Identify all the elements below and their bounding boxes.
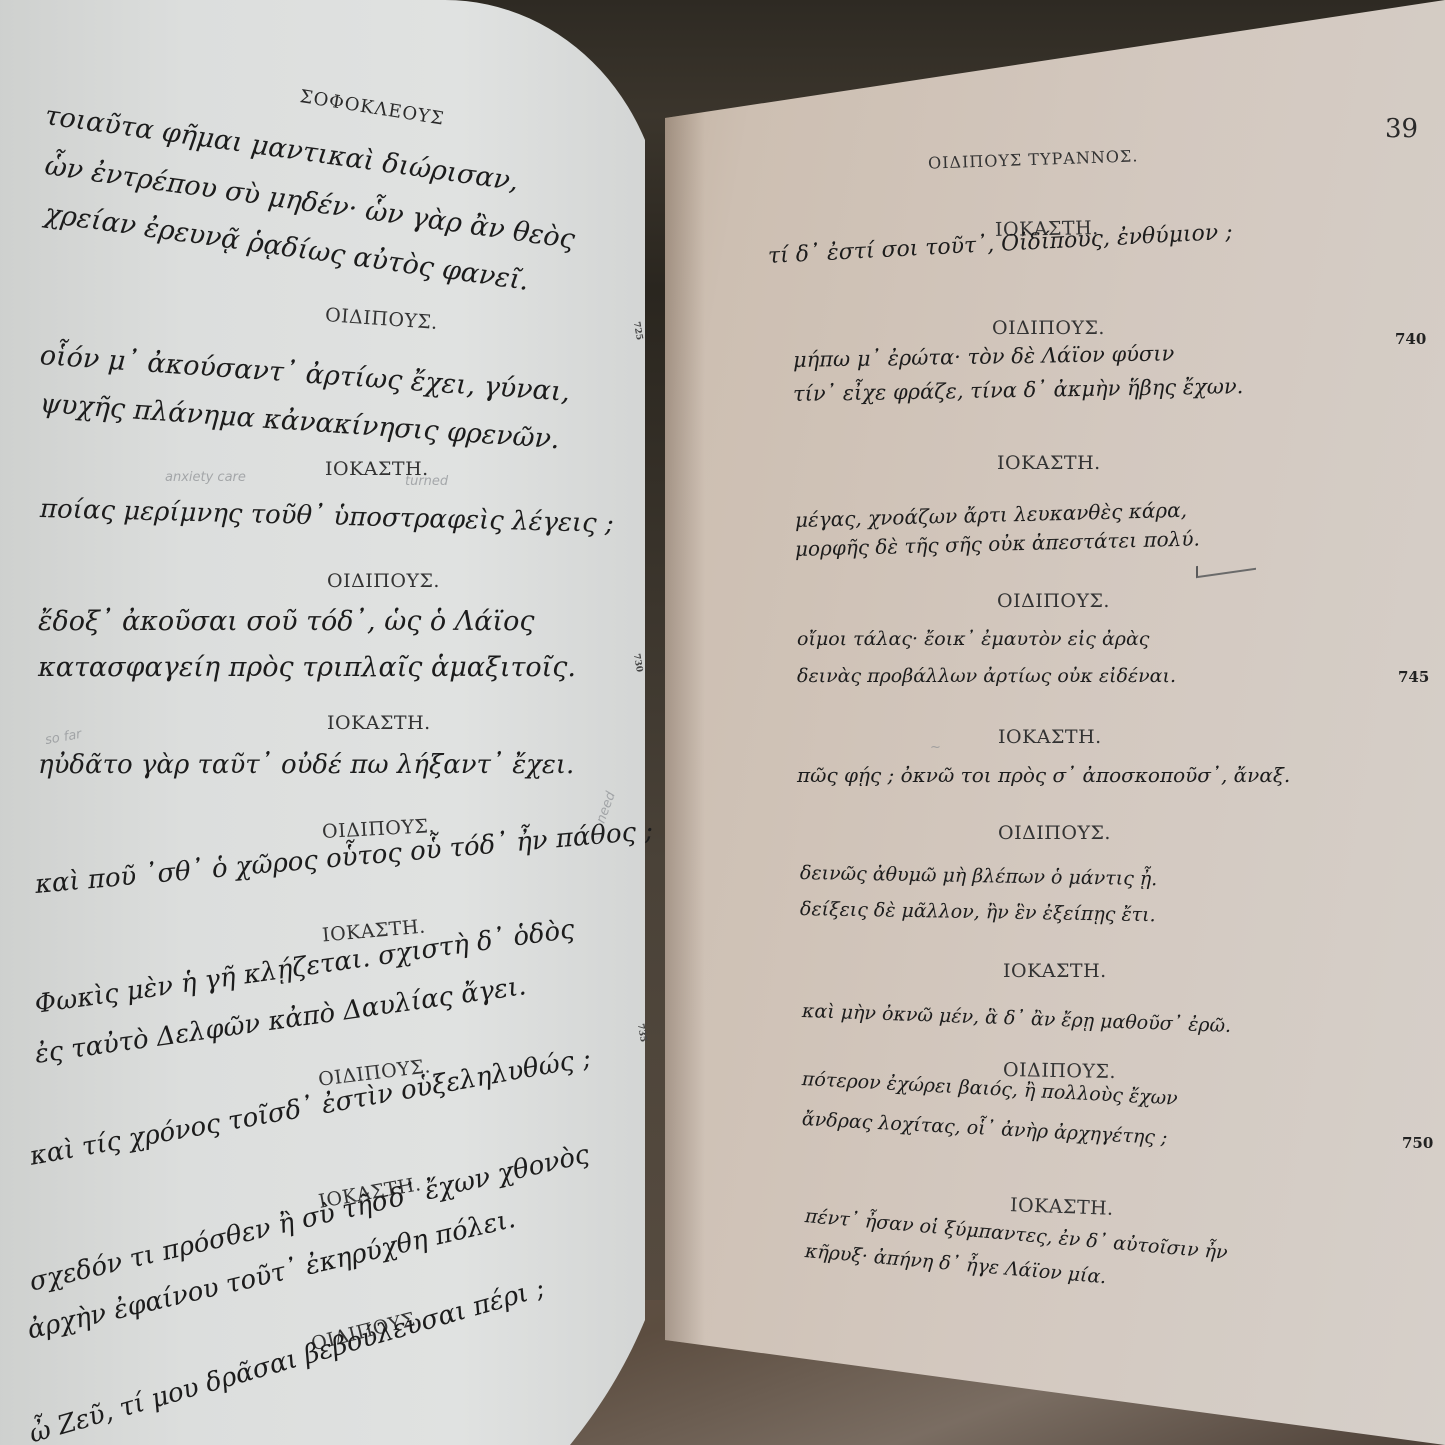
verse-line: ἔδοξ᾽ ἀκοῦσαι σοῦ τόδ᾽, ὡς ὁ Λάϊος bbox=[38, 606, 534, 637]
verse-line: δεινὰς προβάλλων ἀρτίως οὐκ εἰδέναι. bbox=[797, 665, 1176, 687]
speaker-label: ΟΙΔΙΠΟΥΣ. bbox=[992, 317, 1105, 339]
page-number: 39 bbox=[1385, 114, 1418, 144]
verse-line: πῶς φῄς ; ὀκνῶ τοι πρὸς σ᾽ ἀποσκοποῦσ᾽, … bbox=[797, 763, 1290, 787]
verse-line: ηὐδᾶτο γὰρ ταῦτ᾽ οὐδέ πω λήξαντ᾽ ἔχει. bbox=[38, 750, 574, 780]
speaker-label: ΟΙΔΙΠΟΥΣ. bbox=[997, 590, 1110, 612]
speaker-label: ΟΙΔΙΠΟΥΣ. bbox=[998, 822, 1111, 844]
speaker-label: ΟΙΔΙΠΟΥΣ. bbox=[327, 570, 440, 592]
speaker-label: ΙΟΚΑΣΤΗ. bbox=[327, 712, 431, 734]
verse-line: κατασφαγείη πρὸς τριπλαῖς ἁμαξιτοῖς. bbox=[38, 652, 576, 683]
speaker-label: ΙΟΚΑΣΤΗ. bbox=[1003, 960, 1107, 982]
speaker-label: ΙΟΚΑΣΤΗ. bbox=[998, 726, 1102, 748]
line-number: 745 bbox=[1398, 668, 1429, 686]
speaker-label: ΙΟΚΑΣΤΗ. bbox=[997, 452, 1101, 474]
line-number: 750 bbox=[1402, 1134, 1433, 1152]
pencil-annotation: ~ bbox=[930, 740, 941, 755]
verse-line: οἴμοι τάλας· ἔοικ᾽ ἐμαυτὸν εἰς ἀρὰς bbox=[797, 628, 1149, 650]
line-number: 740 bbox=[1395, 330, 1426, 348]
pencil-annotation: anxiety care bbox=[165, 470, 246, 485]
pencil-annotation: turned bbox=[405, 474, 448, 489]
speaker-label: ΙΟΚΑΣΤΗ. bbox=[1010, 1194, 1114, 1220]
